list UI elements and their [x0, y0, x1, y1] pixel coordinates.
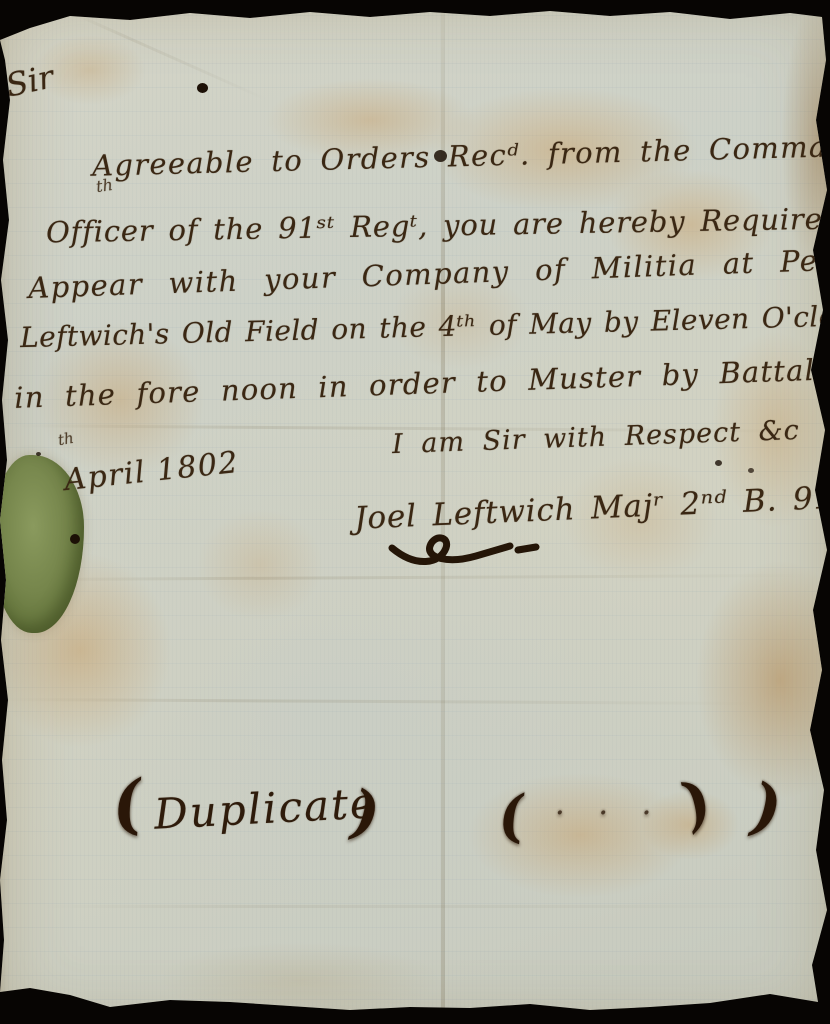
ink-speck	[36, 452, 41, 456]
ink-mark-hook: )	[669, 765, 722, 838]
ink-speck	[715, 460, 722, 466]
ink-speck	[197, 83, 208, 93]
body-line-3: Appear with your Company of Militia at P…	[28, 241, 830, 305]
ink-mark-stroke: )	[749, 769, 783, 844]
ink-mark-dots: · · ·	[556, 800, 664, 826]
date-insertion-mark: th	[57, 429, 76, 449]
signature-flourish	[382, 522, 542, 574]
body-line-2: Officer of the 91ˢᵗ Regᵗ, you are hereby…	[46, 201, 830, 250]
docket-open-paren: (	[108, 766, 147, 844]
photo-background: Sir Agreeable to Orders Recᵈ. from the C…	[0, 0, 830, 1024]
horizontal-fold-crease	[40, 905, 780, 908]
ink-speck	[70, 534, 80, 544]
horizontal-fold-crease	[10, 574, 810, 581]
ink-speck	[748, 468, 754, 473]
line2-insertion-mark: th	[95, 175, 114, 196]
closing-line: I am Sir with Respect &c	[392, 415, 801, 460]
salutation: Sir	[3, 57, 57, 104]
docket-label: Duplicate	[153, 778, 378, 839]
body-line-5: in the fore noon in order to Muster by B…	[14, 351, 830, 415]
body-line-4: Leftwich's Old Field on the 4ᵗʰ of May b…	[20, 299, 830, 354]
corner-crease	[69, 10, 271, 102]
letter-sheet: Sir Agreeable to Orders Recᵈ. from the C…	[0, 0, 830, 1024]
date-line: April 1802	[63, 445, 241, 498]
docket-close-paren: )	[350, 777, 382, 847]
ink-mark-paren: (	[495, 783, 527, 851]
horizontal-fold-crease	[0, 698, 760, 705]
body-line-1: Agreeable to Orders Recᵈ. from the Comma…	[92, 127, 830, 183]
